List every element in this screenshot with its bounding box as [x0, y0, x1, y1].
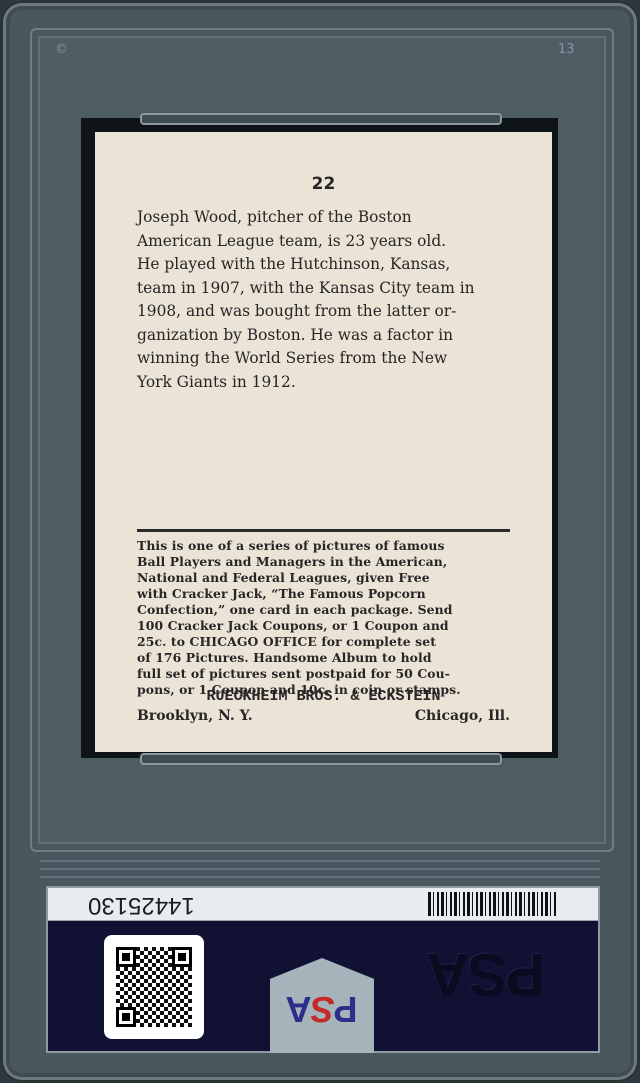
- ridge-line: [40, 868, 600, 870]
- player-bio: Joseph Wood, pitcher of the Boston Ameri…: [137, 206, 510, 394]
- psa-emboss-logo: PSA: [428, 940, 545, 1009]
- qr-finder: [172, 947, 192, 967]
- divider-rule: [137, 529, 510, 532]
- bio-line: 1908, and was bought from the latter or-: [137, 300, 510, 324]
- city-brooklyn: Brooklyn, N. Y.: [137, 708, 253, 724]
- bio-line: team in 1907, with the Kansas City team …: [137, 277, 510, 301]
- manufacturer-name: RUECKHEIM BROS. & ECKSTEIN: [137, 688, 510, 705]
- card-number: 22: [95, 174, 552, 194]
- qr-finder: [116, 947, 136, 967]
- qr-finder: [116, 1007, 136, 1027]
- bio-line: Joseph Wood, pitcher of the Boston: [137, 206, 510, 230]
- logo-letter-s: S: [311, 989, 334, 1030]
- ad-line: of 176 Pictures. Handsome Album to hold: [137, 650, 510, 666]
- ad-line: with Cracker Jack, “The Famous Popcorn: [137, 586, 510, 602]
- logo-letter-a: A: [286, 989, 311, 1030]
- slab-corner-mark-left: ©: [55, 42, 68, 57]
- bio-line: American League team, is 23 years old.: [137, 230, 510, 254]
- bio-line: winning the World Series from the New: [137, 347, 510, 371]
- cert-number: 14425130: [88, 891, 195, 919]
- psa-logo-text: PSA: [278, 988, 366, 1030]
- bio-line: York Giants in 1912.: [137, 371, 510, 395]
- cracker-jack-ad: This is one of a series of pictures of f…: [137, 538, 510, 698]
- logo-letter-p: P: [335, 989, 358, 1030]
- slab-corner-mark-right: 13: [558, 42, 575, 57]
- ad-line: Confection,” one card in each package. S…: [137, 602, 510, 618]
- ad-line: This is one of a series of pictures of f…: [137, 538, 510, 554]
- ridge-line: [40, 860, 600, 862]
- ad-line: full set of pictures sent postpaid for 5…: [137, 666, 510, 682]
- psa-slab: © 13 22 Joseph Wood, pitcher of the Bost…: [0, 0, 640, 1083]
- cert-strip: 14425130: [48, 888, 598, 921]
- city-chicago: Chicago, Ill.: [415, 708, 510, 724]
- ad-line: National and Federal Leagues, given Free: [137, 570, 510, 586]
- bio-line: He played with the Hutchinson, Kansas,: [137, 253, 510, 277]
- qr-code-icon[interactable]: [104, 935, 204, 1039]
- barcode-icon: [428, 892, 556, 916]
- psa-shield-logo: PSA: [270, 958, 374, 1053]
- card-holder-clip-bottom: [140, 753, 502, 765]
- ridge-line: [40, 876, 600, 878]
- ad-line: Ball Players and Managers in the America…: [137, 554, 510, 570]
- card-holder-clip-top: [140, 113, 502, 125]
- baseball-card-back: 22 Joseph Wood, pitcher of the Boston Am…: [95, 132, 552, 752]
- psa-label-back: 14425130 PSA PSA: [46, 886, 600, 1053]
- bio-line: ganization by Boston. He was a factor in: [137, 324, 510, 348]
- ad-line: 25c. to CHICAGO OFFICE for complete set: [137, 634, 510, 650]
- ad-line: 100 Cracker Jack Coupons, or 1 Coupon an…: [137, 618, 510, 634]
- qr-pattern: [116, 947, 192, 1027]
